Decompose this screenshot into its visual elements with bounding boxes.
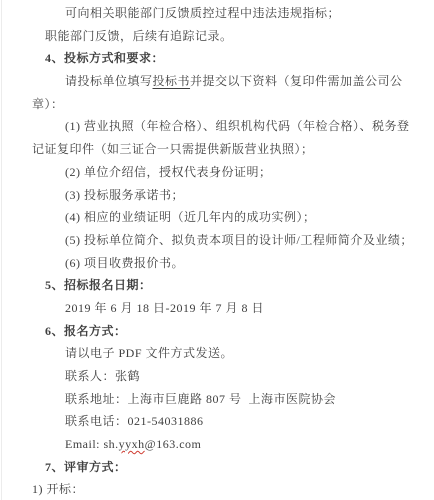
text-run: 职能部门反馈，后续有追踪记录。 <box>45 29 233 43</box>
text-line: 可向相关职能部门反馈质控过程中违法违规指标； <box>0 2 434 25</box>
text-line: 请投标单位填写投标书并提交以下资料（复印件需加盖公司公 <box>0 70 434 93</box>
text-run: 并提交以下资料（复印件需加盖公司公 <box>190 74 403 88</box>
text-run: (4) 相应的业绩证明（近几年内的成功实例）； <box>65 210 316 224</box>
section-heading: 7、评审方式： <box>0 456 434 479</box>
document-body: 可向相关职能部门反馈质控过程中违法违规指标；职能部门反馈，后续有追踪记录。4、投… <box>0 2 434 500</box>
section-heading: 4、投标方式和要求： <box>0 47 434 70</box>
text-line: 联系人：张鹤 <box>0 365 434 388</box>
text-run: 联系人：张鹤 <box>65 369 140 383</box>
text-run: (1) 营业执照（年检合格）、组织机构代码（年检合格）、税务登 <box>65 119 410 133</box>
text-line: (1) 营业执照（年检合格）、组织机构代码（年检合格）、税务登 <box>0 115 434 138</box>
text-line: 记证复印件（如三证合一只需提供新版营业执照）； <box>0 138 434 161</box>
section-heading: 5、招标报名日期： <box>0 274 434 297</box>
text-run: 请以电子 PDF 文件方式发送。 <box>65 346 233 360</box>
text-line: Email: sh.yyxh@163.com <box>0 433 434 456</box>
text-run: (6) 项目收费报价书。 <box>65 256 184 270</box>
text-line: 联系电话：021-54031886 <box>0 410 434 433</box>
text-run: 2019 年 6 月 18 日-2019 年 7 月 8 日 <box>65 301 264 315</box>
text-run: (3) 投标服务承诺书； <box>65 188 184 202</box>
section-heading: 6、报名方式： <box>0 320 434 343</box>
text-run: @163.com <box>145 437 202 451</box>
text-run: 7、评审方式： <box>45 460 127 474</box>
text-run: (2) 单位介绍信，授权代表身份证明； <box>65 165 272 179</box>
text-line: 联系地址：上海市巨鹿路 807 号 上海市医院协会 <box>0 388 434 411</box>
text-line: (6) 项目收费报价书。 <box>0 252 434 275</box>
text-line: (4) 相应的业绩证明（近几年内的成功实例）； <box>0 206 434 229</box>
text-run: (5) 投标单位简介、拟负责本项目的设计师/工程师简介及业绩； <box>65 233 413 247</box>
text-run: 请投标单位填写 <box>65 74 153 88</box>
text-run: 4、投标方式和要求： <box>45 51 164 65</box>
text-run: 章）： <box>32 97 64 111</box>
spellcheck-flagged-text: yyxh <box>119 437 145 451</box>
text-run: 记证复印件（如三证合一只需提供新版营业执照）； <box>32 142 314 156</box>
text-run: 5、招标报名日期： <box>45 278 152 292</box>
text-run: 6、报名方式： <box>45 324 127 338</box>
text-run: 1) 开标： <box>32 482 84 496</box>
text-run: 联系电话：021-54031886 <box>65 414 204 428</box>
text-run: 联系地址：上海市巨鹿路 807 号 上海市医院协会 <box>65 392 336 406</box>
text-line: 章）： <box>0 93 434 116</box>
text-line: (5) 投标单位简介、拟负责本项目的设计师/工程师简介及业绩； <box>0 229 434 252</box>
document-page: 可向相关职能部门反馈质控过程中违法违规指标；职能部门反馈，后续有追踪记录。4、投… <box>0 0 434 500</box>
text-line: 职能部门反馈，后续有追踪记录。 <box>0 25 434 48</box>
text-run: 可向相关职能部门反馈质控过程中违法违规指标； <box>65 6 340 20</box>
text-line: 请以电子 PDF 文件方式发送。 <box>0 342 434 365</box>
text-run: Email: sh. <box>65 437 119 451</box>
text-line: (3) 投标服务承诺书； <box>0 184 434 207</box>
text-line: (2) 单位介绍信，授权代表身份证明； <box>0 161 434 184</box>
underlined-text: 投标书 <box>153 74 191 88</box>
text-line: 1) 开标： <box>0 478 434 500</box>
text-line: 2019 年 6 月 18 日-2019 年 7 月 8 日 <box>0 297 434 320</box>
